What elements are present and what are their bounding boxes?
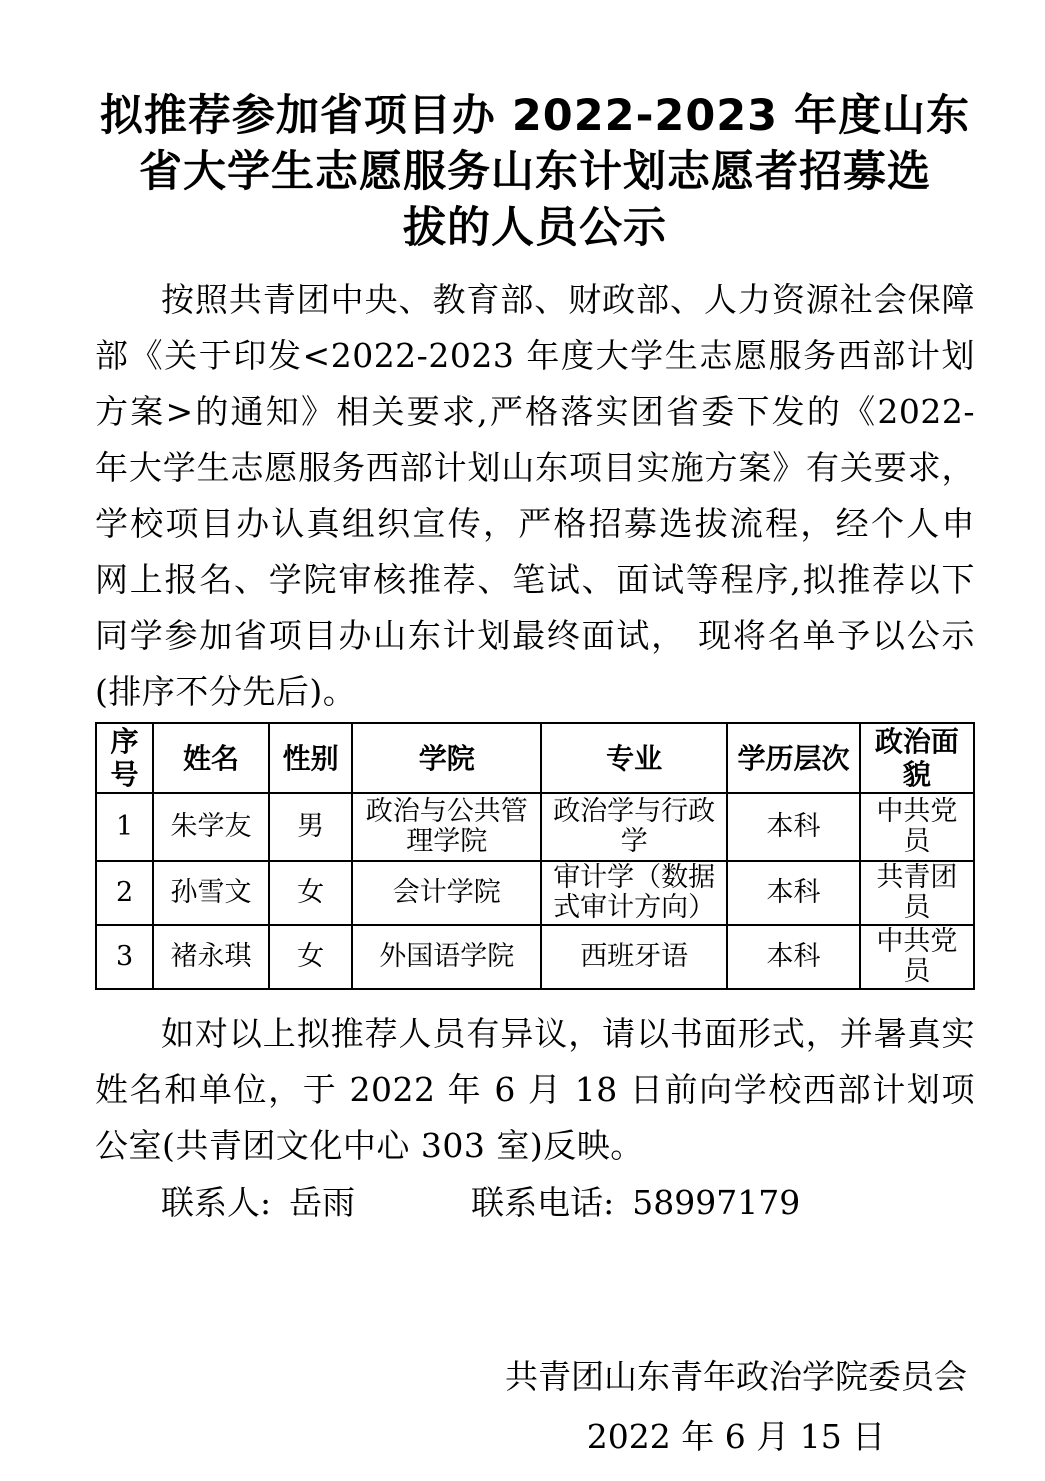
cell-gender: 女 [269,861,352,925]
paragraph-line: 部《关于印发<2022-2023 年度大学生志愿服务西部计划实施 [95,328,975,384]
table-header-cell: 专业 [541,723,727,793]
cell-education-level: 本科 [727,793,860,861]
table-header-cell: 姓名 [153,723,269,793]
cell-index: 2 [96,861,153,925]
recommended-candidates-table: 序号姓名性别学院专业学历层次政治面貌 1 朱学友 男 政治与公共管理学院 政治学… [95,722,975,990]
paragraph-line: 同学参加省项目办山东计划最终面试， 现将名单予以公示 [95,608,975,664]
table-header: 序号姓名性别学院专业学历层次政治面貌 [96,723,974,793]
intro-paragraph: 按照共青团中央、教育部、财政部、人力资源社会保障部《关于印发<2022-2023… [95,272,975,720]
signature-organization: 共青团山东青年政治学院委员会 [505,1347,967,1407]
cell-political-status: 中共党员 [860,793,974,861]
cell-name: 褚永琪 [153,925,269,989]
paragraph-line: 按照共青团中央、教育部、财政部、人力资源社会保障 [95,272,975,328]
document-title-line: 拔的人员公示 [95,200,975,256]
paragraph-line: 方案>的通知》相关要求,严格落实团省委下发的《2022-2023 [95,384,975,440]
cell-gender: 男 [269,793,352,861]
table-row: 2 孙雪文 女 会计学院 审计学（数据式审计方向） 本科 共青团员 [96,861,974,925]
cell-gender: 女 [269,925,352,989]
cell-index: 3 [96,925,153,989]
table-header-cell: 性别 [269,723,352,793]
contact-person-label: 联系人: [161,1174,271,1231]
document-page: 拟推荐参加省项目办 2022-2023 年度山东省大学生志愿服务山东计划志愿者招… [0,0,1045,1481]
paragraph-line: 公室(共青团文化中心 303 室)反映。 [95,1118,975,1174]
document-title-line: 省大学生志愿服务山东计划志愿者招募选 [95,144,975,200]
contact-phone: 联系电话: 58997179 [471,1174,800,1231]
contact-phone-number: 58997179 [632,1174,800,1231]
document-title: 拟推荐参加省项目办 2022-2023 年度山东省大学生志愿服务山东计划志愿者招… [95,88,975,256]
cell-college: 外国语学院 [352,925,541,989]
cell-education-level: 本科 [727,925,860,989]
contact-person-name: 岳雨 [289,1174,355,1231]
paragraph-line: 如对以上拟推荐人员有异议，请以书面形式，并暑真实 [95,1006,975,1062]
paragraph-line: 年大学生志愿服务西部计划山东项目实施方案》有关要求， [95,440,975,496]
cell-index: 1 [96,793,153,861]
table-header-cell: 政治面貌 [860,723,974,793]
paragraph-line: 学校项目办认真组织宣传，严格招募选拔流程，经个人申请、 [95,496,975,552]
cell-political-status: 共青团员 [860,861,974,925]
contact-line: 联系人: 岳雨 联系电话: 58997179 [95,1174,975,1231]
cell-name: 朱学友 [153,793,269,861]
cell-major: 西班牙语 [541,925,727,989]
table-header-row: 序号姓名性别学院专业学历层次政治面貌 [96,723,974,793]
cell-major: 审计学（数据式审计方向） [541,861,727,925]
cell-college: 政治与公共管理学院 [352,793,541,861]
objection-paragraph: 如对以上拟推荐人员有异议，请以书面形式，并暑真实姓名和单位，于 2022 年 6… [95,1006,975,1174]
table-header-cell: 学院 [352,723,541,793]
contact-person: 联系人: 岳雨 [161,1174,355,1231]
cell-political-status: 中共党员 [860,925,974,989]
cell-name: 孙雪文 [153,861,269,925]
signature-date: 2022 年 6 月 15 日 [505,1407,967,1467]
signature-block: 共青团山东青年政治学院委员会 2022 年 6 月 15 日 [505,1347,967,1467]
cell-college: 会计学院 [352,861,541,925]
cell-major: 政治学与行政学 [541,793,727,861]
paragraph-line: 网上报名、学院审核推荐、笔试、面试等程序,拟推荐以下 [95,552,975,608]
table-row: 1 朱学友 男 政治与公共管理学院 政治学与行政学 本科 中共党员 [96,793,974,861]
paragraph-line: 姓名和单位，于 2022 年 6 月 18 日前向学校西部计划项目办 [95,1062,975,1118]
table-header-cell: 序号 [96,723,153,793]
cell-education-level: 本科 [727,861,860,925]
table-header-cell: 学历层次 [727,723,860,793]
document-title-line: 拟推荐参加省项目办 2022-2023 年度山东 [95,88,975,144]
table-body: 1 朱学友 男 政治与公共管理学院 政治学与行政学 本科 中共党员 2 孙雪文 … [96,793,974,989]
paragraph-line: (排序不分先后)。 [95,664,975,720]
contact-phone-label: 联系电话: [471,1174,614,1231]
table-row: 3 褚永琪 女 外国语学院 西班牙语 本科 中共党员 [96,925,974,989]
